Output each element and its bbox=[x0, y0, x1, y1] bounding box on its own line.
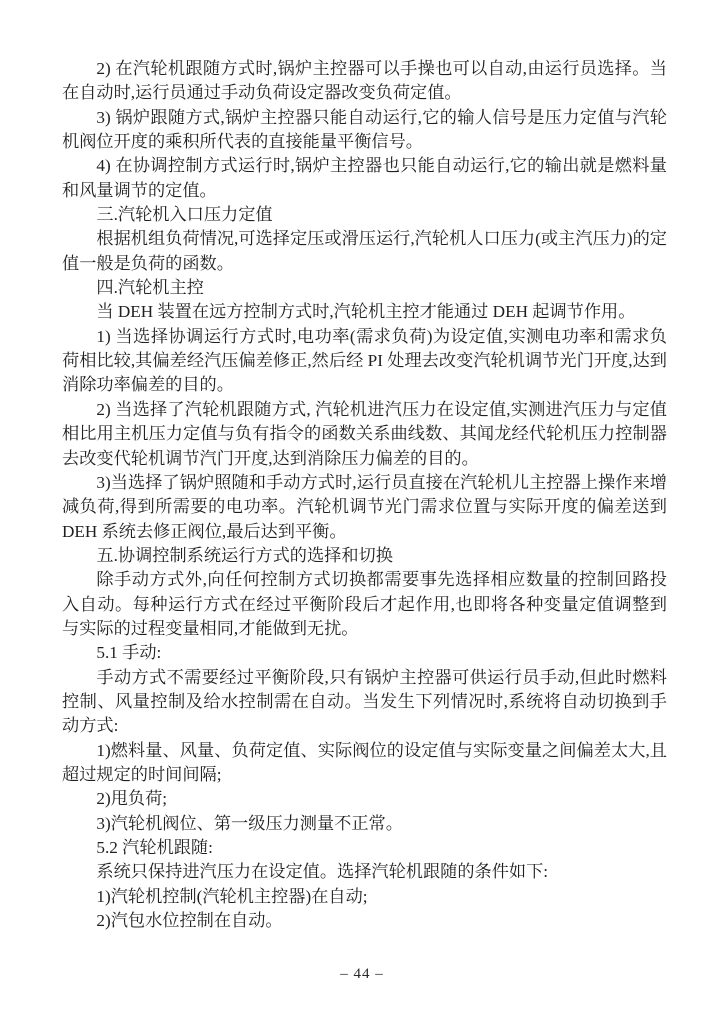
section-heading-5: 五.协调控制系统运行方式的选择和切换 bbox=[62, 544, 667, 568]
paragraph-list-item-2b: 2) 当选择了汽轮机跟随方式, 汽轮机进汽压力在设定值,实测进汽压力与定值相比用… bbox=[62, 398, 667, 471]
section-heading-3: 三.汽轮机入口压力定值 bbox=[62, 203, 667, 227]
paragraph-condition-2: 2)甩负荷; bbox=[62, 787, 667, 811]
document-body: 2) 在汽轮机跟随方式时,锅炉主控器可以手操也可以自动,由运行员选择。当在自动时… bbox=[62, 57, 667, 933]
paragraph: 除手动方式外,向任何控制方式切换都需要事先选择相应数量的控制回路投入自动。每种运… bbox=[62, 568, 667, 641]
paragraph-list-item-3: 3) 锅炉跟随方式,锅炉主控器只能自动运行,它的输人信号是压力定值与汽轮机阀位开… bbox=[62, 106, 667, 155]
paragraph-list-item-4: 4) 在协调控制方式运行时,锅炉主控器也只能自动运行,它的输出就是燃料量和风量调… bbox=[62, 154, 667, 203]
page-number: – 44 – bbox=[0, 966, 724, 983]
document-page: 2) 在汽轮机跟随方式时,锅炉主控器可以手操也可以自动,由运行员选择。当在自动时… bbox=[0, 0, 724, 1024]
paragraph: 系统只保持进汽压力在设定值。选择汽轮机跟随的条件如下: bbox=[62, 860, 667, 884]
paragraph-condition-3: 3)汽轮机阀位、第一级压力测量不正常。 bbox=[62, 812, 667, 836]
section-heading-4: 四.汽轮机主控 bbox=[62, 276, 667, 300]
paragraph-list-item-3b: 3)当选择了锅炉照随和手动方式时,运行员直接在汽轮机儿主控器上操作来增减负荷,得… bbox=[62, 471, 667, 544]
paragraph: 根据机组负荷情况,可选择定压或滑压运行,汽轮机人口压力(或主汽压力)的定值一般是… bbox=[62, 227, 667, 276]
paragraph-list-item-1: 1) 当选择协调运行方式时,电功率(需求负荷)为设定值,实测电功率和需求负荷相比… bbox=[62, 325, 667, 398]
subsection-heading-5-1: 5.1 手动: bbox=[62, 641, 667, 665]
paragraph: 当 DEH 装置在远方控制方式时,汽轮机主控才能通过 DEH 起调节作用。 bbox=[62, 300, 667, 324]
paragraph-condition-2b: 2)汽包水位控制在自动。 bbox=[62, 909, 667, 933]
subsection-heading-5-2: 5.2 汽轮机跟随: bbox=[62, 836, 667, 860]
paragraph-list-item-2: 2) 在汽轮机跟随方式时,锅炉主控器可以手操也可以自动,由运行员选择。当在自动时… bbox=[62, 57, 667, 106]
paragraph-condition-1: 1)燃料量、风量、负荷定值、实际阀位的设定值与实际变量之间偏差太大,且超过规定的… bbox=[62, 739, 667, 788]
paragraph: 手动方式不需要经过平衡阶段,只有锅炉主控器可供运行员手动,但此时燃料控制、风量控… bbox=[62, 666, 667, 739]
paragraph-condition-1b: 1)汽轮机控制(汽轮机主控器)在自动; bbox=[62, 885, 667, 909]
